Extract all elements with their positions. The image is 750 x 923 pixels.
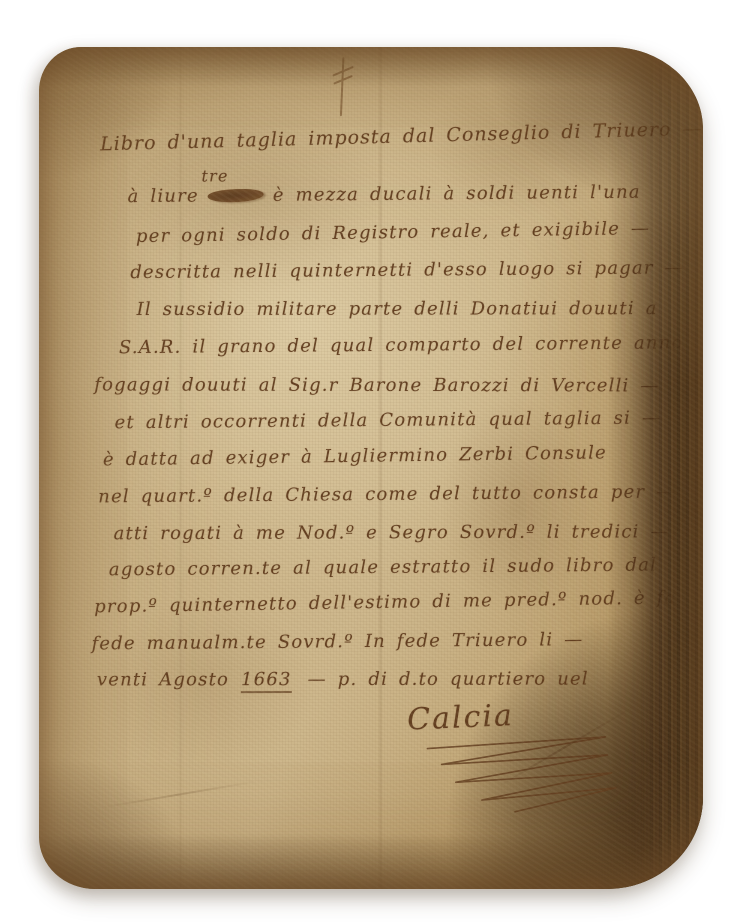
photo-background: Libro d'una taglia imposta dal Conseglio…: [0, 0, 750, 923]
year-value: 1663: [241, 669, 292, 693]
date-prefix: venti Agosto: [97, 669, 229, 690]
manuscript-line: è datta ad exiger à Lugliermino Zerbi Co…: [103, 442, 607, 470]
amount-prefix: à liure: [128, 185, 199, 207]
manuscript-line: fogaggi douuti al Sig.r Barone Barozzi d…: [94, 374, 659, 396]
manuscript-line: prop.º quinternetto dell'estimo di me pr…: [94, 587, 677, 617]
manuscript-line-amount: à liureè mezza ducali à soldi uenti l'un…: [128, 182, 641, 207]
signature-flourish: [419, 733, 625, 823]
manuscript-line: atti rogati à me Nod.º e Segro Sovrd.º l…: [114, 521, 670, 544]
worn-bottom-edge: [39, 834, 703, 889]
interlinear-insertion: tre: [201, 166, 228, 185]
date-suffix: — p. di d.to quartiero uel: [308, 669, 589, 690]
paper-scratch: [99, 781, 257, 809]
worn-top-edge: [39, 47, 703, 87]
amount-suffix: è mezza ducali à soldi uenti l'una: [273, 182, 641, 206]
handwritten-text: Libro d'una taglia imposta dal Conseglio…: [39, 47, 703, 889]
signature: Calcia: [406, 698, 514, 738]
manuscript-line: agosto corren.te al quale estratto il su…: [109, 555, 657, 581]
ink-blot-strikeout: [207, 187, 264, 203]
manuscript-line-date: venti Agosto1663— p. di d.to quartiero u…: [97, 669, 589, 691]
manuscript-line: S.A.R. il grano del qual comparto del co…: [119, 332, 684, 358]
manuscript-line: per ogni soldo di Registro reale, et exi…: [136, 218, 651, 247]
worn-binding-edge: [607, 47, 703, 889]
binding-streaks: [641, 47, 703, 889]
manuscript-line: descritta nelli quinternetti d'esso luog…: [130, 257, 684, 283]
manuscript-page: Libro d'una taglia imposta dal Conseglio…: [39, 47, 703, 889]
manuscript-line: et altri occorrenti della Comunità qual …: [115, 407, 662, 433]
manuscript-line: nel quart.º della Chiesa come del tutto …: [98, 481, 675, 507]
manuscript-line: fede manualm.te Sovrd.º In fede Triuero …: [91, 629, 583, 654]
manuscript-line: Il sussidio militare parte delli Donatiu…: [137, 298, 658, 320]
